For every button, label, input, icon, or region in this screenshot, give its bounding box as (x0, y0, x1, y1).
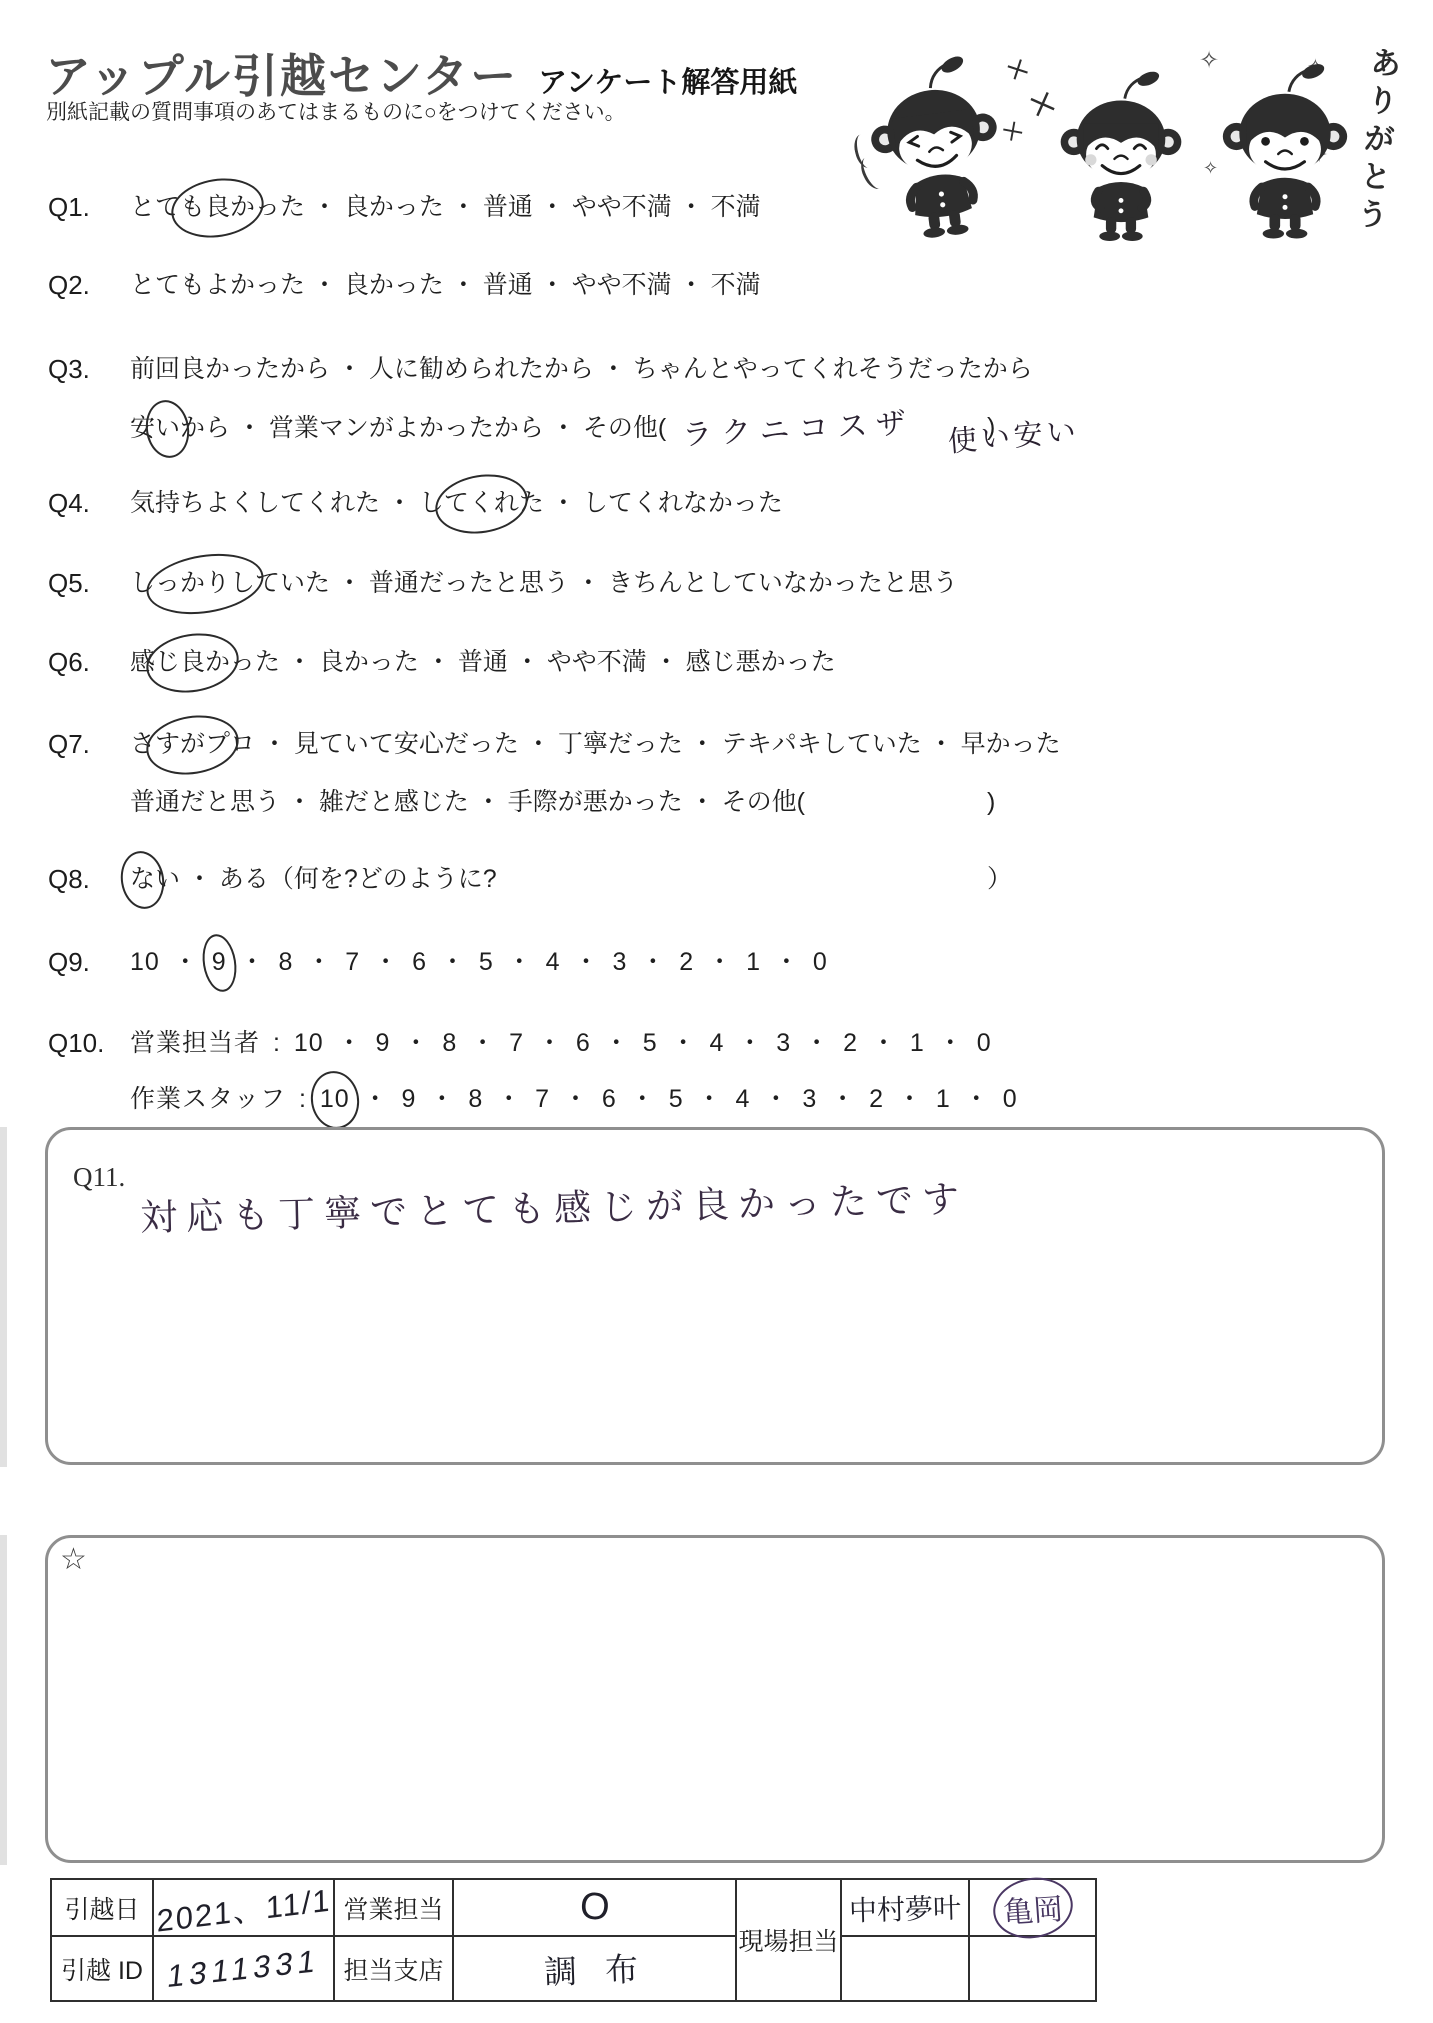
question-options: 気持ちよくしてくれた ・ してくれた ・ してくれなかった (130, 486, 783, 520)
site-rep-label: 現場担当 (738, 1922, 838, 1958)
question-options: ない ・ ある（何を?どのように?） (130, 862, 497, 896)
question-row: Q5.しっかりしていた ・ 普通だったと思う ・ きちんとしていなかったと思う (48, 566, 1393, 602)
question-row: 普通だと思う ・ 雑だと感じた ・ 手際が悪かった ・ その他() (48, 785, 1393, 821)
empty-cell (842, 1937, 970, 2000)
question-options: 作業スタッフ : 10 ・ 9 ・ 8 ・ 7 ・ 6 ・ 5 ・ 4 ・ 3 … (130, 1082, 1018, 1116)
circled-answer: い (155, 411, 180, 445)
sales-rep-label: 営業担当 (343, 1890, 443, 1926)
scan-artifact (0, 1535, 7, 1865)
question-row: 安いから ・ 営業マンがよかったから ・ その他(ラクニコスザ使い安い) (48, 410, 1393, 446)
question-row: Q2.とてもよかった ・ 良かった ・ 普通 ・ やや不満 ・ 不満 (48, 268, 1393, 304)
option-text: い ・ ある（何を?どのように? (155, 865, 497, 893)
option-text: 安 (130, 414, 155, 442)
option-text: から ・ 営業マンがよかったから ・ その他( (180, 414, 666, 442)
question-options: とても良かった ・ 良かった ・ 普通 ・ やや不満 ・ 不満 (130, 190, 761, 224)
move-id-handwritten: 1311331 (165, 1942, 321, 1995)
footer-table: 引越日 2021、11/1 営業担当 O 現場担当 中村夢叶 亀岡 引越 ID … (50, 1878, 1097, 2002)
question-options: 10 ・ 9 ・ 8 ・ 7 ・ 6 ・ 5 ・ 4 ・ 3 ・ 2 ・ 1 ・… (130, 945, 828, 979)
instruction-text: 別紙記載の質問事項のあてはまるものに○をつけてください。 (46, 96, 626, 126)
option-text: 気持ちよくしてくれた ・ し (130, 489, 444, 517)
option-text: 普通だと思う ・ 雑だと感じた ・ 手際が悪かった ・ その他( (130, 788, 805, 816)
option-text: ・ 9 ・ 8 ・ 7 ・ 6 ・ 5 ・ 4 ・ 3 ・ 2 ・ 1 ・ 0 (350, 1085, 1018, 1113)
option-text: 営業担当者 : 10 ・ 9 ・ 8 ・ 7 ・ 6 ・ 5 ・ 4 ・ 3 ・… (130, 1029, 992, 1057)
question-options: さすがプロ ・ 見ていて安心だった ・ 丁寧だった ・ テキパキしていた ・ 早… (130, 727, 1061, 761)
move-id-label: 引越 ID (61, 1951, 143, 1987)
option-text: った ・ 良かった ・ 普通 ・ やや不満 ・ 不満 (255, 193, 761, 221)
question-options: とてもよかった ・ 良かった ・ 普通 ・ やや不満 ・ 不満 (130, 268, 761, 302)
paren-close: ) (987, 410, 995, 444)
branch-label: 担当支店 (343, 1951, 443, 1987)
question-label: Q9. (48, 945, 130, 979)
option-text: 前回良かったから ・ 人に勧められたから ・ ちゃんとやってくれそうだったから (130, 355, 1033, 383)
question-options: 前回良かったから ・ 人に勧められたから ・ ちゃんとやってくれそうだったから (130, 352, 1033, 386)
handwritten-answer: ラクニコスザ (682, 407, 916, 453)
move-date-label-cell: 引越日 (52, 1880, 154, 1937)
paren-close: ） (987, 862, 1012, 896)
option-text: ・ 8 ・ 7 ・ 6 ・ 5 ・ 4 ・ 3 ・ 2 ・ 1 ・ 0 (227, 948, 828, 976)
star-icon: ☆ (60, 1542, 87, 1577)
empty-cell (970, 1937, 1095, 2000)
question-row: Q3.前回良かったから ・ 人に勧められたから ・ ちゃんとやってくれそうだった… (48, 352, 1393, 388)
question-options: 感じ良かった ・ 良かった ・ 普通 ・ やや不満 ・ 感じ悪かった (130, 645, 836, 679)
question-row: Q4.気持ちよくしてくれた ・ してくれた ・ してくれなかった (48, 486, 1393, 522)
question-label: Q1. (48, 190, 130, 224)
circled-answer: な (130, 862, 155, 896)
move-id-value-cell: 1311331 (154, 1937, 335, 2000)
question-label: Q4. (48, 486, 130, 520)
move-date-value-cell: 2021、11/1 (154, 1880, 335, 1937)
question-row: 作業スタッフ : 10 ・ 9 ・ 8 ・ 7 ・ 6 ・ 5 ・ 4 ・ 3 … (48, 1082, 1393, 1118)
star-comment-box: ☆ (45, 1535, 1385, 1863)
option-text: とてもよかった ・ 良かった ・ 普通 ・ やや不満 ・ 不満 (130, 271, 761, 299)
option-text: 10 ・ (130, 948, 212, 976)
circled-answer: すがプ (155, 727, 230, 761)
site-rep-value1-cell: 中村夢叶 (842, 1880, 970, 1937)
q11-label: Q11. (73, 1162, 125, 1193)
circled-answer: 10 (320, 1082, 350, 1116)
scanned-survey-page: { "colors": { "ink": "#1f1f1f", "pencil_… (0, 0, 1433, 2023)
question-label: Q10. (48, 1026, 130, 1060)
question-label: Q8. (48, 862, 130, 896)
move-date-handwritten: 2021、11/1 (156, 1874, 331, 1941)
circled-answer: じ良か (155, 645, 230, 679)
option-text: た ・ してくれなかった (519, 489, 783, 517)
question-options: しっかりしていた ・ 普通だったと思う ・ きちんとしていなかったと思う (130, 566, 958, 600)
q11-handwritten-comment: 対応も丁寧でとても感じが良かったです (139, 1169, 968, 1242)
sparkle-icon: ✧ (1203, 158, 1218, 179)
question-label: Q7. (48, 727, 130, 761)
question-label: Q6. (48, 645, 130, 679)
site-rep-value2-cell: 亀岡 (970, 1880, 1095, 1937)
sales-rep-label-cell: 営業担当 (335, 1880, 454, 1937)
question-row: Q1.とても良かった ・ 良かった ・ 普通 ・ やや不満 ・ 不満 (48, 190, 1393, 226)
circled-answer: も良か (180, 190, 255, 224)
branch-label-cell: 担当支店 (335, 1937, 454, 2000)
sales-rep-handwritten: O (578, 1885, 610, 1930)
question-row: Q8.ない ・ ある（何を?どのように?） (48, 862, 1393, 898)
question-label: Q2. (48, 268, 130, 302)
move-id-label-cell: 引越 ID (52, 1937, 154, 2000)
question-label: Q5. (48, 566, 130, 600)
question-options: 営業担当者 : 10 ・ 9 ・ 8 ・ 7 ・ 6 ・ 5 ・ 4 ・ 3 ・… (130, 1026, 992, 1060)
question-row: Q7.さすがプロ ・ 見ていて安心だった ・ 丁寧だった ・ テキパキしていた … (48, 727, 1393, 763)
option-text: った ・ 良かった ・ 普通 ・ やや不満 ・ 感じ悪かった (230, 648, 836, 676)
question-options: 普通だと思う ・ 雑だと感じた ・ 手際が悪かった ・ その他() (130, 785, 805, 819)
branch-handwritten: 調布 (523, 1943, 667, 1995)
option-text: 感 (130, 648, 155, 676)
form-title: アンケート解答用紙 (538, 60, 797, 101)
handwritten-answer: 使い安い (947, 414, 1081, 459)
branch-value-cell: 調布 (454, 1937, 737, 2000)
option-text: ていた ・ 普通だったと思う ・ きちんとしていなかったと思う (255, 569, 958, 597)
scan-artifact (0, 1127, 7, 1467)
option-text: さ (130, 730, 155, 758)
site-rep-handwritten-2: 亀岡 (1001, 1883, 1064, 1931)
circled-answer: っかりし (155, 566, 255, 600)
question-row: Q10.営業担当者 : 10 ・ 9 ・ 8 ・ 7 ・ 6 ・ 5 ・ 4 ・… (48, 1026, 1393, 1062)
question-options: 安いから ・ 営業マンがよかったから ・ その他(ラクニコスザ使い安い) (130, 410, 1079, 445)
paren-close: ) (987, 785, 995, 819)
move-date-label: 引越日 (64, 1890, 139, 1926)
option-text: 作業スタッフ : (130, 1085, 320, 1113)
question-row: Q6.感じ良かった ・ 良かった ・ 普通 ・ やや不満 ・ 感じ悪かった (48, 645, 1393, 681)
question-label: Q3. (48, 352, 130, 386)
q11-comment-box: Q11. 対応も丁寧でとても感じが良かったです (45, 1127, 1385, 1465)
site-rep-handwritten-1: 中村夢叶 (848, 1886, 961, 1929)
option-text: ロ ・ 見ていて安心だった ・ 丁寧だった ・ テキパキしていた ・ 早かった (230, 730, 1061, 758)
option-text: とて (130, 193, 180, 221)
option-text: し (130, 569, 155, 597)
question-row: Q9.10 ・ 9 ・ 8 ・ 7 ・ 6 ・ 5 ・ 4 ・ 3 ・ 2 ・ … (48, 945, 1393, 981)
site-rep-label-cell: 現場担当 (737, 1880, 842, 2000)
circled-answer: てくれ (444, 486, 519, 520)
circled-answer: 9 (212, 945, 227, 979)
sparkle-plus-icon: ＋ (998, 110, 1028, 149)
sparkle-plus-icon: ＋ (1000, 47, 1036, 90)
sales-rep-value-cell: O (454, 1880, 737, 1937)
